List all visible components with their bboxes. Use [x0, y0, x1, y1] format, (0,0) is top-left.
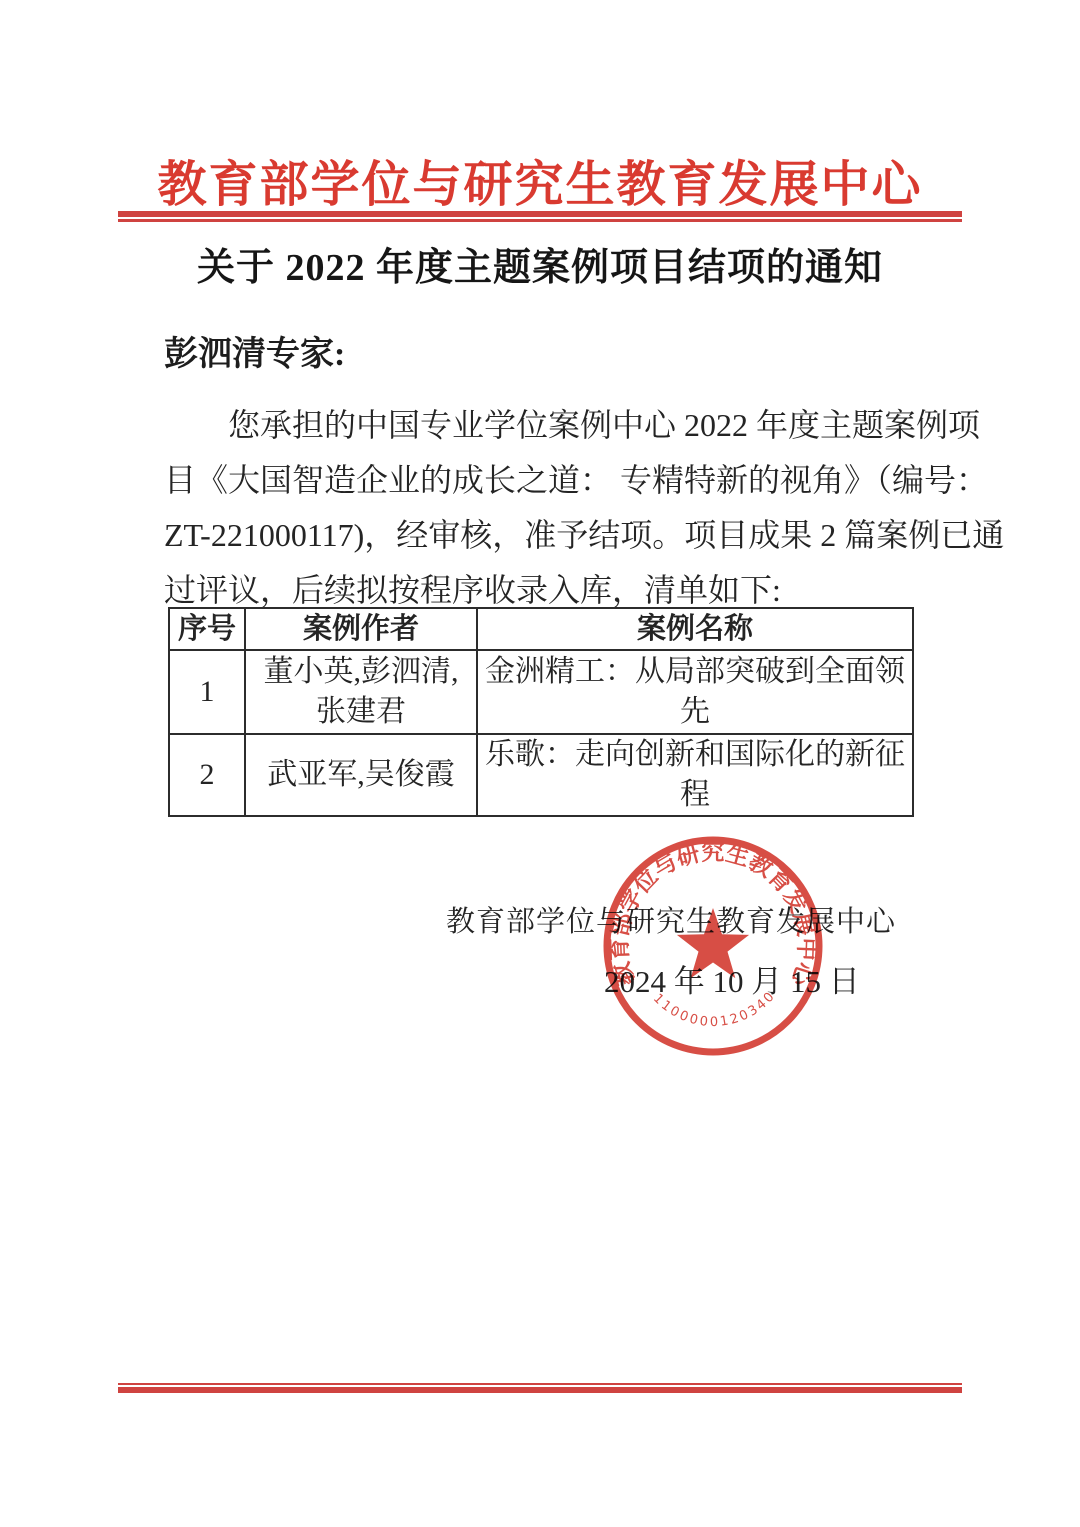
cell-authors: 董小英,彭泗清,张建君: [245, 650, 477, 734]
letterhead-org-name: 教育部学位与研究生教育发展中心: [0, 146, 1080, 216]
document-page: 教育部学位与研究生教育发展中心 关于 2022 年度主题案例项目结项的通知 彭泗…: [0, 0, 1080, 1527]
body-paragraph: 您承担的中国专业学位案例中心 2022 年度主题案例项 目《大国智造企业的成长之…: [164, 398, 918, 618]
table-row: 1 董小英,彭泗清,张建君 金洲精工：从局部突破到全面领先: [169, 650, 913, 734]
document-title: 关于 2022 年度主题案例项目结项的通知: [0, 236, 1080, 291]
case-list-table: 序号 案例作者 案例名称 1 董小英,彭泗清,张建君 金洲精工：从局部突破到全面…: [168, 607, 914, 817]
cell-case-title: 乐歌：走向创新和国际化的新征程: [477, 734, 913, 816]
column-header-authors: 案例作者: [245, 608, 477, 650]
cell-authors: 武亚军,吴俊霞: [245, 734, 477, 816]
rule-thin-bar: [118, 219, 962, 222]
cell-no: 1: [169, 650, 245, 734]
seal-serial-number: 1100000120340: [650, 988, 779, 1030]
salutation: 彭泗清专家:: [164, 326, 345, 375]
table-row: 2 武亚军,吴俊霞 乐歌：走向创新和国际化的新征程: [169, 734, 913, 816]
footer-double-rule: [118, 1383, 962, 1393]
paragraph-line-3: ZT-221000117)，经审核，准予结项。项目成果 2 篇案例已通: [164, 508, 918, 563]
column-header-no: 序号: [169, 608, 245, 650]
column-header-case-title: 案例名称: [477, 608, 913, 650]
table-header-row: 序号 案例作者 案例名称: [169, 608, 913, 650]
cell-case-title: 金洲精工：从局部突破到全面领先: [477, 650, 913, 734]
cell-no: 2: [169, 734, 245, 816]
paragraph-line-1: 您承担的中国专业学位案例中心 2022 年度主题案例项: [164, 398, 918, 453]
rule-thick-bar: [118, 1387, 962, 1393]
letterhead-double-rule: [118, 211, 962, 222]
star-icon: [677, 908, 749, 978]
official-seal: 教育部学位与研究生教育发展中心 1100000120340: [583, 816, 843, 1076]
paragraph-line-2: 目《大国智造企业的成长之道： 专精特新的视角》（编号：: [164, 453, 918, 508]
seal-graphic: 教育部学位与研究生教育发展中心 1100000120340: [583, 816, 843, 1076]
